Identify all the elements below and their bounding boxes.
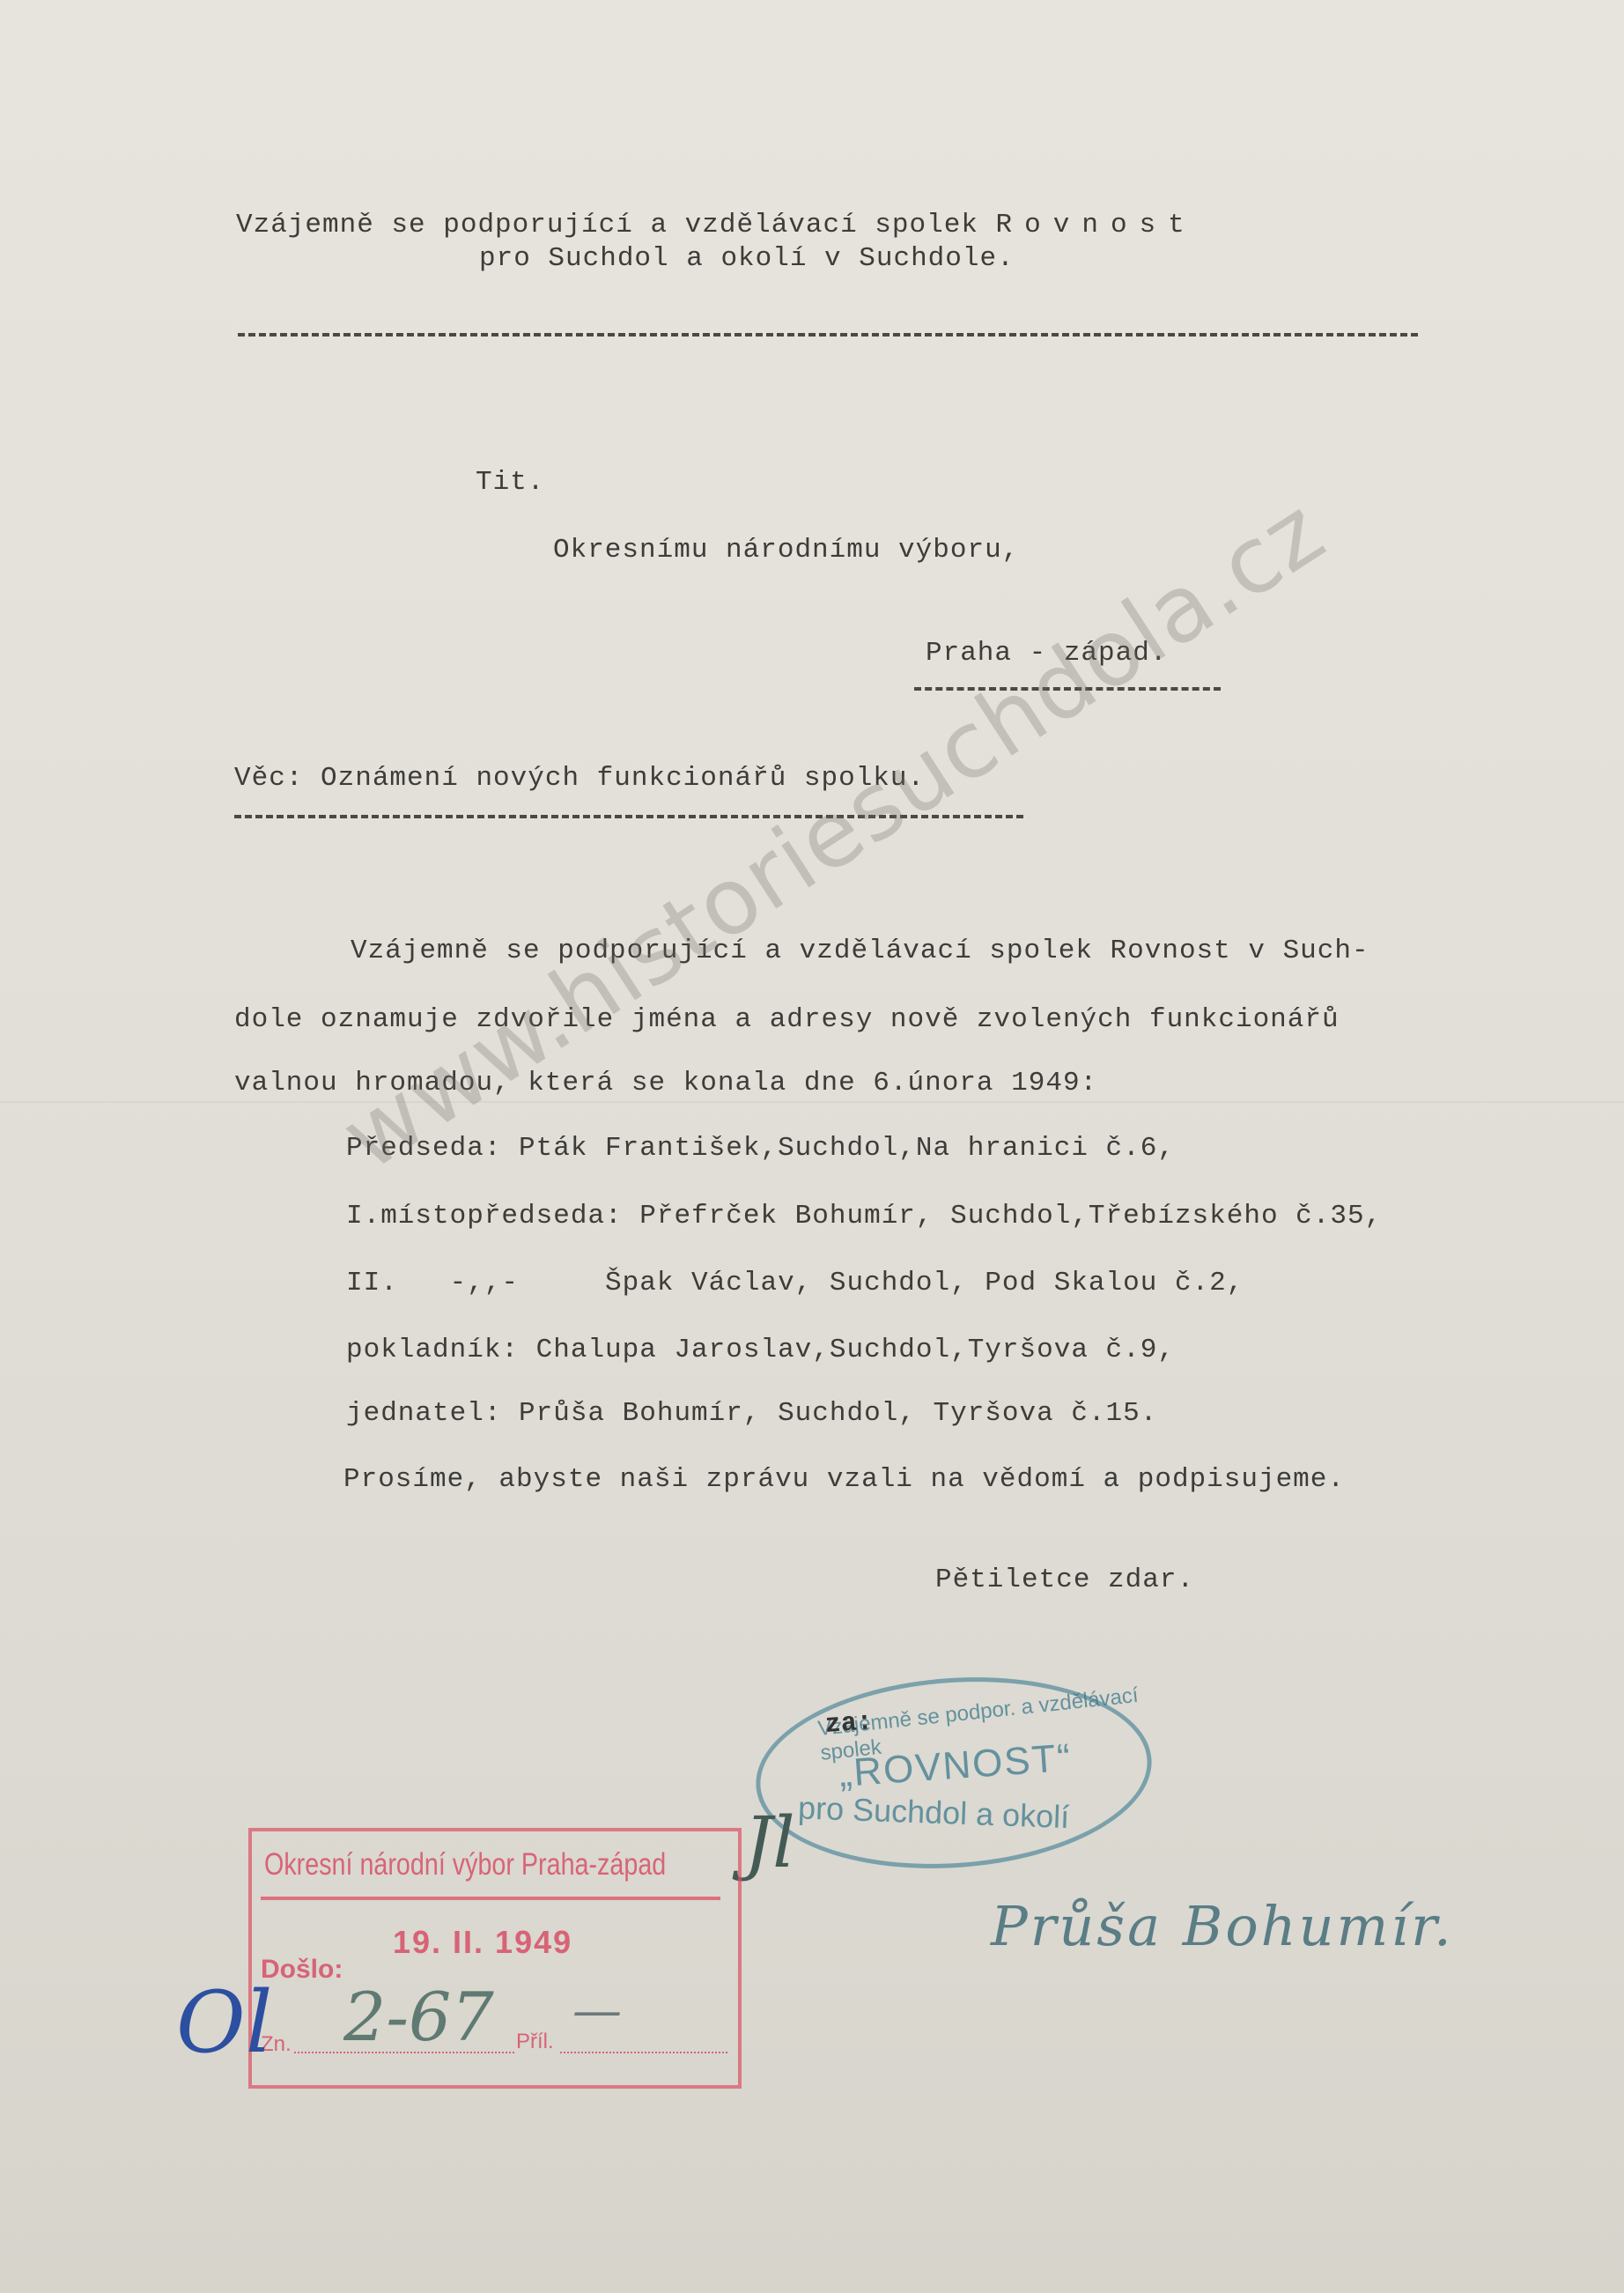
officer-secretary: jednatel: Průša Bohumír, Suchdol, Tyršov…	[346, 1396, 1157, 1431]
letterhead-org-text: Vzájemně se podporující a vzdělávací spo…	[236, 210, 978, 240]
registry-stamp: Okresní národní výbor Praha-západ 19. II…	[248, 1828, 742, 2089]
closing-line: Prosíme, abyste naši zprávu vzali na věd…	[343, 1462, 1345, 1498]
club-stamp: Vzájemně se podpor. a vzdělávací spolek …	[749, 1665, 1158, 1882]
letterhead-divider	[238, 333, 1418, 337]
officer-vice-chairman-1: I.místopředseda: Přefrček Bohumír, Suchd…	[346, 1199, 1382, 1234]
registry-stamp-attach-line	[560, 2052, 727, 2053]
letterhead-org-name: Rovnost	[996, 210, 1197, 240]
registry-stamp-received-label: Došlo:	[261, 1955, 343, 1985]
officer-chairman: Předseda: Pták František,Suchdol,Na hran…	[346, 1131, 1175, 1166]
paper-fold	[0, 1101, 1624, 1103]
paragraph-line: dole oznamuje zdvořile jména a adresy no…	[234, 1002, 1340, 1038]
handwritten-ref-number: 2-67	[343, 1978, 494, 2056]
club-stamp-bottom: pro Suchdol a okolí	[797, 1789, 1069, 1836]
paragraph-line: Vzájemně se podporující a vzdělávací spo…	[351, 934, 1369, 969]
registry-stamp-date: 19. II. 1949	[393, 1924, 572, 1961]
club-stamp-za: za:	[824, 1707, 874, 1741]
officer-treasurer: pokladník: Chalupa Jaroslav,Suchdol,Tyrš…	[346, 1333, 1175, 1368]
salutation: Tit.	[476, 465, 544, 500]
handwritten-initials: Jl	[744, 1801, 795, 1883]
officer-vice-chairman-2: II. -,,- Špak Václav, Suchdol, Pod Skalo…	[346, 1266, 1244, 1301]
letterhead-line-1: Vzájemně se podporující a vzdělávací spo…	[236, 208, 1197, 243]
registry-stamp-rule	[261, 1897, 720, 1900]
handwritten-blue-prefix: Ol	[176, 1973, 272, 2072]
slogan: Pětiletce zdar.	[935, 1563, 1194, 1598]
registry-stamp-title: Okresní národní výbor Praha-západ	[264, 1847, 666, 1882]
registry-stamp-attach-label: Příl.	[516, 2030, 554, 2054]
letterhead-line-2: pro Suchdol a okolí v Suchdole.	[479, 241, 1015, 277]
handwritten-attach-value: —	[572, 1982, 622, 2039]
signature: Průša Bohumír.	[991, 1894, 1454, 1958]
recipient-name: Okresnímu národnímu výboru,	[553, 533, 1019, 568]
